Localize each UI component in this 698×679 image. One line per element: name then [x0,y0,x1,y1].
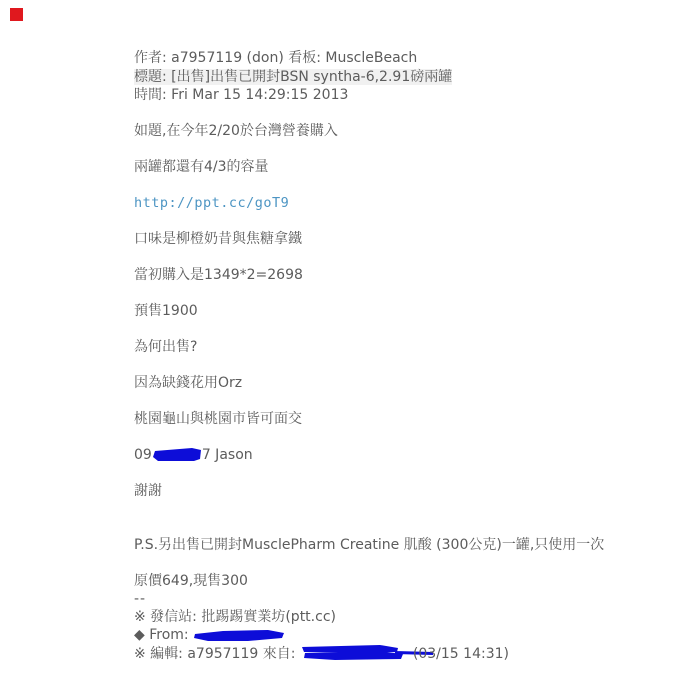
phone-suffix: 7 Jason [202,447,253,463]
body-line: 為何出售? [134,338,674,356]
origin-line: ※ 發信站: 批踢踢實業坊(ptt.cc) [134,608,674,626]
time-line: 時間: Fri Mar 15 14:29:15 2013 [134,86,654,105]
body-line: 口味是柳橙奶昔與焦糖拿鐵 [134,230,674,248]
phone-prefix: 09 [134,447,152,463]
body-line: 因為缺錢花用Orz [134,374,674,392]
body-line-link: http://ppt.cc/goT9 [134,194,674,212]
thanks-line: 謝謝 [134,482,674,500]
redaction-scribble-from [193,629,285,642]
edit-line: ※ 編輯: a7957119 來自: (03/15 14:31) [134,644,674,662]
from-line: ◆ From: [134,626,674,644]
body-line: 當初購入是1349*2=2698 [134,266,674,284]
signature-separator: -- [134,590,674,608]
edit-prefix: ※ 編輯: a7957119 來自: [134,646,295,662]
body-line: 桃園龜山與桃園市皆可面交 [134,410,674,428]
ps-line: P.S.另出售已開封MusclePharm Creatine 肌酸 (300公克… [134,536,674,554]
body-line: 預售1900 [134,302,674,320]
body-line: 如題,在今年2/20於台灣營養購入 [134,122,674,140]
price-line: 原價649,現售300 [134,572,674,590]
author-line: 作者: a7957119 (don) 看板: MuscleBeach [134,49,654,68]
title-line-text: 標題: [出售]出售已開封BSN syntha-6,2.91磅兩罐 [134,69,452,85]
body-line: 兩罐都還有4/3的容量 [134,158,674,176]
post-body: 如題,在今年2/20於台灣營養購入 兩罐都還有4/3的容量 http://ppt… [134,122,674,662]
ptt-post-page: 作者: a7957119 (don) 看板: MuscleBeach 標題: [… [0,0,698,679]
title-line: 標題: [出售]出售已開封BSN syntha-6,2.91磅兩罐 [134,68,654,87]
phone-line: 097 Jason [134,446,674,464]
redaction-scribble-phone [152,447,202,462]
post-header: 作者: a7957119 (don) 看板: MuscleBeach 標題: [… [134,49,654,105]
broken-image-icon [10,8,23,21]
ppt-cc-link[interactable]: http://ppt.cc/goT9 [134,195,289,211]
from-prefix: ◆ From: [134,627,189,643]
edit-suffix: (03/15 14:31) [413,646,509,662]
